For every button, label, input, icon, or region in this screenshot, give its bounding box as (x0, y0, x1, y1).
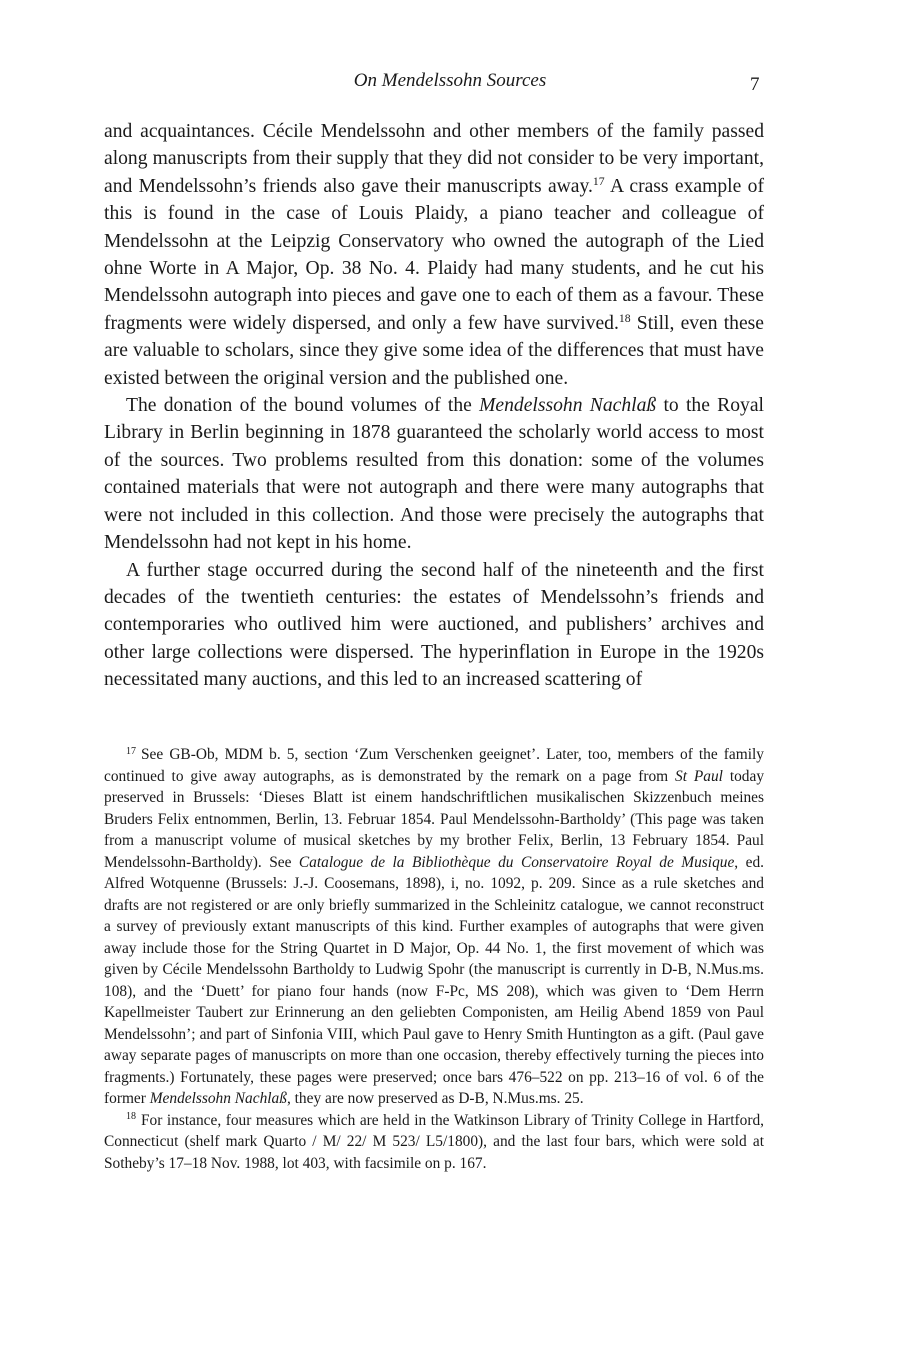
footnote-18: 18For instance, four measures which are … (104, 1110, 764, 1175)
paragraph-1: and acquaintances. Cécile Mendelssohn an… (104, 118, 764, 392)
footnote-17: 17See GB-Ob, MDM b. 5, section ‘Zum Vers… (104, 744, 764, 1110)
page-number: 7 (750, 74, 760, 96)
footnote-number: 18 (126, 1111, 136, 1122)
footnote-number: 17 (126, 746, 136, 757)
italic-title: Mendelssohn Nachlaß (479, 395, 656, 416)
footnote-ref-18[interactable]: 18 (619, 312, 631, 325)
body-text: and acquaintances. Cécile Mendelssohn an… (104, 118, 764, 694)
running-head: On Mendelssohn Sources 7 (0, 68, 900, 98)
footnote-ref-17[interactable]: 17 (593, 175, 605, 188)
paragraph-2: The donation of the bound volumes of the… (104, 392, 764, 556)
footnotes: 17See GB-Ob, MDM b. 5, section ‘Zum Vers… (104, 744, 764, 1174)
paragraph-3: A further stage occurred during the seco… (104, 557, 764, 694)
running-title: On Mendelssohn Sources (0, 70, 900, 92)
